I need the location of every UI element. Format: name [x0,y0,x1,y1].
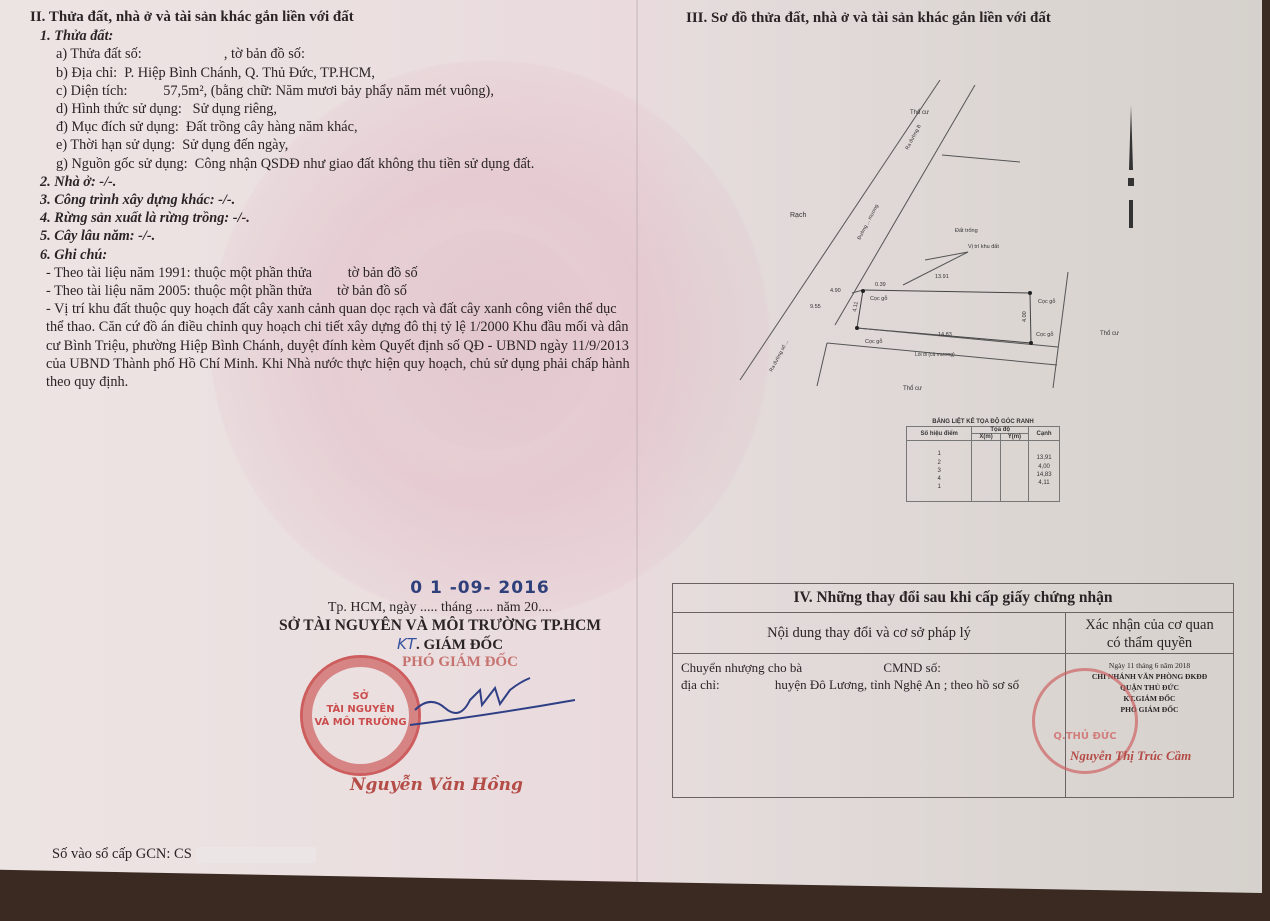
svg-text:Thổ cư: Thổ cư [1100,330,1119,337]
perennial-heading: 5. Cây lâu năm: -/-. [30,227,630,245]
svg-text:Thổ cư: Thổ cư [910,109,929,116]
page-fold [636,0,638,893]
change-content-column: Nội dung thay đổi và cơ sở pháp lý Chuyể… [673,613,1066,797]
issuer-signature-block: 0 1 -09- 2016 Tp. HCM, ngày ..... tháng … [250,578,630,671]
signature-scribble-icon [410,670,580,730]
point-column: 12341 [907,441,972,502]
north-arrow-icon [1129,105,1133,170]
svg-text:14.83: 14.83 [938,332,952,338]
section-iv-changes-table: IV. Những thay đổi sau khi cấp giấy chứn… [672,583,1234,798]
svg-text:Cọc gỗ: Cọc gỗ [870,295,887,302]
coordinate-table: BẢNG LIỆT KÊ TỌA ĐỘ GÓC RANH Số hiệu điể… [906,419,1060,502]
svg-text:4.11: 4.11 [852,301,860,312]
svg-text:Đất trống: Đất trống [955,228,978,234]
note-item: - Theo tài liệu năm 1991: thuộc một phần… [46,264,630,282]
kt-handwritten: KT [397,635,416,653]
confirmation-signer-name: Nguyễn Thị Trúc Cầm [1070,748,1191,764]
section-ii: II. Thửa đất, nhà ở và tài sản khác gắn … [30,8,630,391]
land-use-purpose: đ) Mục đích sử dụng: Đất trồng cây hàng … [30,118,630,136]
land-area: c) Diện tích: 57,5m², (bằng chữ: Năm mươ… [30,82,630,100]
section-ii-title: II. Thửa đất, nhà ở và tài sản khác gắn … [30,8,630,26]
change-content-header: Nội dung thay đổi và cơ sở pháp lý [673,613,1065,654]
svg-text:Ra đường B: Ra đường B [904,123,923,151]
svg-text:Cọc gỗ: Cọc gỗ [1038,298,1055,305]
land-use-form: d) Hình thức sử dụng: Sử dụng riêng, [30,100,630,118]
note-item: - Vị trí khu đất thuộc quy hoạch đất cây… [46,300,630,391]
authority-confirmation-header: Xác nhận của cơ quan có thẩm quyền [1066,613,1233,654]
house-heading: 2. Nhà ở: -/-. [30,173,630,191]
svg-text:4.90: 4.90 [830,288,841,294]
director-title: KT. GIÁM ĐỐC [260,635,640,654]
svg-text:13.91: 13.91 [935,274,949,280]
notes-heading: 6. Ghi chú: [30,246,630,264]
issuer-signer-name: Nguyễn Văn Hồng [350,775,523,795]
land-address: b) Địa chỉ: P. Hiệp Bình Chánh, Q. Thủ Đ… [30,64,630,82]
change-entry: Chuyển nhượng cho bà CMND số:địa chỉ: hu… [673,654,1065,693]
notes-list: - Theo tài liệu năm 1991: thuộc một phần… [30,264,630,391]
certificate-book-number: Số vào sổ cấp GCN: CS [52,846,316,863]
svg-text:Vị trí khu đất: Vị trí khu đất [968,244,999,250]
issuing-agency: SỞ TÀI NGUYÊN VÀ MÔI TRƯỜNG TP.HCM [250,617,630,635]
land-use-term: e) Thời hạn sử dụng: Sử dụng đến ngày, [30,136,630,154]
redacted-field [196,847,316,863]
edge-column: 13,914,0014,834,11 [1029,441,1060,502]
svg-text:Thổ cư: Thổ cư [903,385,922,392]
parcel-diagram: Thổ cư Rạch Đất trống Vị trí khu đất Thổ… [720,60,1160,400]
section-iii-title: III. Sơ đồ thửa đất, nhà ở và tài sản kh… [686,10,1051,27]
other-construction-heading: 3. Công trình xây dựng khác: -/-. [30,191,630,209]
land-parcel-number: a) Thửa đất số: , tờ bản đồ số: [30,45,630,63]
svg-text:0.39: 0.39 [875,282,886,288]
svg-text:Ra đường số ...: Ra đường số ... [768,339,790,373]
land-heading: 1. Thửa đất: [30,27,630,45]
place-date-line: Tp. HCM, ngày ..... tháng ..... năm 20..… [250,600,630,616]
issue-date-stamp: 0 1 -09- 2016 [290,578,670,598]
svg-text:Cọc gỗ: Cọc gỗ [865,338,882,345]
official-seal-icon: SỞ TÀI NGUYÊN VÀ MÔI TRƯỜNG [300,655,421,776]
svg-text:Cọc gỗ: Cọc gỗ [1036,331,1053,338]
svg-text:4.00: 4.00 [1022,311,1028,322]
land-use-origin: g) Nguồn gốc sử dụng: Công nhận QSDĐ như… [30,155,630,173]
svg-text:Đường ... mương: Đường ... mương [856,203,880,241]
certificate-sheet: II. Thửa đất, nhà ở và tài sản khác gắn … [0,0,1262,893]
section-iv-title: IV. Những thay đổi sau khi cấp giấy chứn… [673,584,1233,613]
note-item: - Theo tài liệu năm 2005: thuộc một phần… [46,282,630,300]
svg-text:Rạch: Rạch [790,212,806,219]
svg-text:Lối đi (cả mương): Lối đi (cả mương) [915,352,955,358]
coordinate-table-caption: BẢNG LIỆT KÊ TỌA ĐỘ GÓC RANH [906,419,1060,425]
forest-heading: 4. Rừng sản xuất là rừng trồng: -/-. [30,209,630,227]
svg-text:9.55: 9.55 [810,304,821,310]
